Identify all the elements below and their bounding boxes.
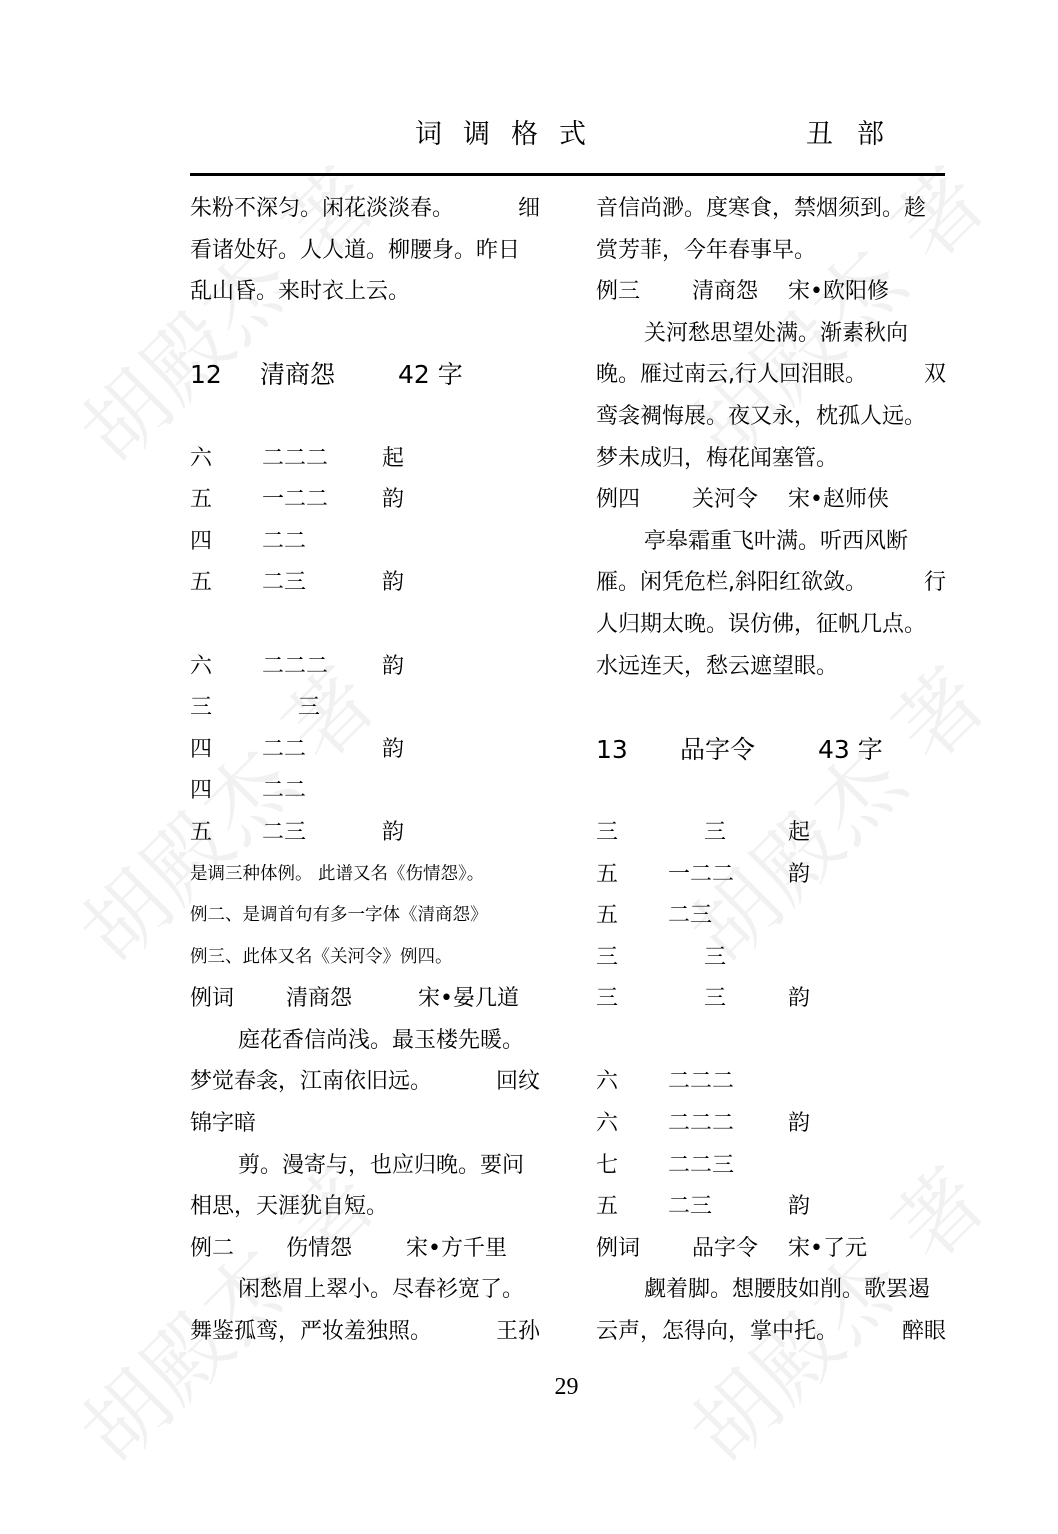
text-line: 关河愁思望处满。渐素秋向 bbox=[596, 313, 946, 355]
page-number: 29 bbox=[0, 1374, 1058, 1401]
example-text: 关河愁思望处满。渐素秋向晚。雁过南云,行人回泪眼。双鸾衾裯悔展。夜又永，枕孤人远… bbox=[596, 313, 946, 479]
book-title: 词调格式 bbox=[415, 112, 607, 151]
entry-count: 42 字 bbox=[398, 354, 463, 396]
text-line: 鸾衾裯悔展。夜又永，枕孤人远。 bbox=[596, 396, 946, 438]
example-text: 庭花香信尚浅。最玉楼先暖。梦觉春衾，江南依旧远。回纹锦字暗剪。漫寄与，也应归晚。… bbox=[190, 1020, 540, 1228]
pattern-row: 三三 bbox=[596, 937, 946, 979]
text-line: 水远连天，愁云遮望眼。 bbox=[596, 646, 946, 688]
text-line: 乱山昏。来时衣上云。 bbox=[190, 271, 540, 313]
meter-pattern: 六二二二起五一二二韵四二二五二三韵六二二二韵三三四二二韵四二二五二三韵 bbox=[190, 438, 540, 854]
note-line: 例三、此体又名《关河令》例四。 bbox=[190, 937, 540, 979]
pattern-row: 四二二韵 bbox=[190, 729, 540, 771]
text-line: 亭皋霜重飞叶满。听西风断 bbox=[596, 521, 946, 563]
pattern-row: 三三韵 bbox=[596, 978, 946, 1020]
text-line: 雁。闲凭危栏,斜阳红欲敛。行 bbox=[596, 562, 946, 604]
note-line: 例二、是调首句有多一字体《清商怨》 bbox=[190, 895, 540, 937]
entry-heading: 12 清商怨 42 字 bbox=[190, 354, 540, 396]
entry-heading: 13 品字令 43 字 bbox=[596, 729, 946, 771]
pattern-row: 六二二二 bbox=[596, 1061, 946, 1103]
text-line: 锦字暗 bbox=[190, 1103, 540, 1145]
example-heading: 例三 清商怨 宋•欧阳修 bbox=[596, 271, 946, 313]
pattern-row: 四二二 bbox=[190, 770, 540, 812]
text-line: 晚。雁过南云,行人回泪眼。双 bbox=[596, 354, 946, 396]
text-line: 觑着脚。想腰肢如削。歌罢遏 bbox=[596, 1269, 946, 1311]
example-heading: 例词 清商怨 宋•晏几道 bbox=[190, 978, 540, 1020]
pattern-row: 五一二二韵 bbox=[596, 854, 946, 896]
pattern-row: 五二三韵 bbox=[596, 1186, 946, 1228]
example-text: 觑着脚。想腰肢如削。歌罢遏云声，怎得向，掌中托。醉眼 bbox=[596, 1269, 946, 1352]
pattern-row: 五二三 bbox=[596, 895, 946, 937]
text-line: 闲愁眉上翠小。尽春衫宽了。 bbox=[190, 1269, 540, 1311]
pattern-row: 六二二二起 bbox=[190, 438, 540, 480]
entry-name: 品字令 bbox=[680, 729, 755, 771]
entry-count: 43 字 bbox=[818, 729, 883, 771]
text-line: 梦未成归，梅花闻塞管。 bbox=[596, 438, 946, 480]
section-title: 丑部 bbox=[806, 112, 908, 151]
pattern-row: 六二二二韵 bbox=[190, 646, 540, 688]
text-line: 云声，怎得向，掌中托。醉眼 bbox=[596, 1311, 946, 1353]
right-column: 音信尚渺。度寒食，禁烟须到。趁 赏芳菲，今年春事早。 例三 清商怨 宋•欧阳修 … bbox=[596, 188, 946, 1353]
entry-name: 清商怨 bbox=[260, 354, 335, 396]
meter-pattern: 三三起五一二二韵五二三三三三三韵六二二二六二二二韵七二二三五二三韵 bbox=[596, 812, 946, 1228]
example-heading: 例词 品字令 宋•了元 bbox=[596, 1228, 946, 1270]
text-line: 赏芳菲，今年春事早。 bbox=[596, 230, 946, 272]
text-line: 看诸处好。人人道。柳腰身。昨日 bbox=[190, 230, 540, 272]
page-header: 词调格式 丑部 bbox=[0, 112, 1058, 152]
example-text: 亭皋霜重飞叶满。听西风断雁。闲凭危栏,斜阳红欲敛。行人归期太晚。误仿佛，征帆几点… bbox=[596, 521, 946, 687]
pattern-row: 五二三韵 bbox=[190, 562, 540, 604]
pattern-row: 五一二二韵 bbox=[190, 479, 540, 521]
pattern-row: 三三 bbox=[190, 687, 540, 729]
text-line: 相思，天涯犹自短。 bbox=[190, 1186, 540, 1228]
entry-number: 13 bbox=[596, 729, 628, 771]
note-line: 是调三种体例。 此谱又名《伤情怨》。 bbox=[190, 854, 540, 896]
pattern-row: 五二三韵 bbox=[190, 812, 540, 854]
entry-number: 12 bbox=[190, 354, 222, 396]
text-line: 梦觉春衾，江南依旧远。回纹 bbox=[190, 1061, 540, 1103]
left-column: 朱粉不深匀。闲花淡淡春。 细 看诸处好。人人道。柳腰身。昨日 乱山昏。来时衣上云… bbox=[190, 188, 540, 1353]
pattern-row: 三三起 bbox=[596, 812, 946, 854]
pattern-row: 四二二 bbox=[190, 521, 540, 563]
text-line: 人归期太晚。误仿佛，征帆几点。 bbox=[596, 604, 946, 646]
example-heading: 例二 伤情怨 宋•方千里 bbox=[190, 1228, 540, 1270]
text-line: 音信尚渺。度寒食，禁烟须到。趁 bbox=[596, 188, 946, 230]
text-line: 剪。漫寄与，也应归晚。要问 bbox=[190, 1145, 540, 1187]
header-rule bbox=[190, 173, 945, 176]
pattern-row: 六二二二韵 bbox=[596, 1103, 946, 1145]
example-heading: 例四 关河令 宋•赵师侠 bbox=[596, 479, 946, 521]
text-line: 庭花香信尚浅。最玉楼先暖。 bbox=[190, 1020, 540, 1062]
example-text: 闲愁眉上翠小。尽春衫宽了。舞鉴孤鸾，严妆羞独照。王孙 bbox=[190, 1269, 540, 1352]
pattern-row: 七二二三 bbox=[596, 1145, 946, 1187]
text-line: 朱粉不深匀。闲花淡淡春。 细 bbox=[190, 188, 540, 230]
text-line: 舞鉴孤鸾，严妆羞独照。王孙 bbox=[190, 1311, 540, 1353]
